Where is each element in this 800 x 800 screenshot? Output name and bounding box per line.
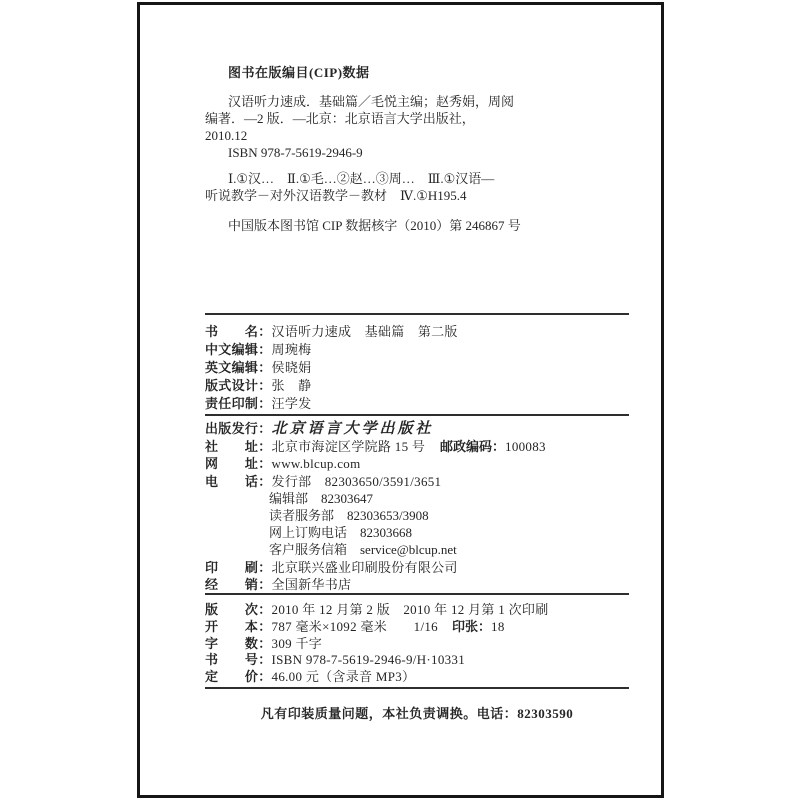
field-value: 周琬梅 bbox=[272, 342, 312, 357]
book-info-table: 书 名：汉语听力速成 基础篇 第二版 中文编辑：周琬梅 英文编辑：侯晓娟 版式设… bbox=[205, 323, 458, 413]
field-label: 电 话： bbox=[205, 473, 272, 490]
field-value: ISBN 978-7-5619-2946-9/H·10331 bbox=[272, 652, 466, 667]
field-value: 46.00 元（含录音 MP3） bbox=[272, 669, 416, 684]
phone-line: 编辑部 82303647 bbox=[205, 490, 458, 507]
cip-record-line: 汉语听力速成．基础篇／毛悦主编；赵秀娟，周阅 bbox=[205, 93, 514, 110]
edition-row: 字 数：309 千字 bbox=[205, 636, 549, 653]
field-label: 责任印制： bbox=[205, 395, 272, 413]
field-label: 开 本： bbox=[205, 619, 272, 636]
field-label: 经 销： bbox=[205, 576, 272, 593]
field-label: 中文编辑： bbox=[205, 341, 272, 359]
field-label: 版式设计： bbox=[205, 377, 272, 395]
field-label: 印张： bbox=[452, 619, 491, 634]
field-value: 侯晓娟 bbox=[272, 360, 312, 375]
divider bbox=[205, 313, 629, 315]
distributor-row: 经 销：全国新华书店 bbox=[205, 576, 458, 593]
divider bbox=[205, 687, 629, 689]
field-label: 书 名： bbox=[205, 323, 272, 341]
edition-row: 版 次：2010 年 12 月第 2 版 2010 年 12 月第 1 次印刷 bbox=[205, 602, 549, 619]
book-info-row: 责任印制：汪学发 bbox=[205, 395, 458, 413]
edition-row: 书 号：ISBN 978-7-5619-2946-9/H·10331 bbox=[205, 652, 549, 669]
publishing-info: 出版发行：北京语言大学出版社 社 址：北京市海淀区学院路 15 号 邮政编码：1… bbox=[205, 420, 458, 593]
field-label: 字 数： bbox=[205, 636, 272, 653]
field-label: 邮政编码： bbox=[440, 439, 505, 454]
field-label: 定 价： bbox=[205, 669, 272, 686]
field-value: 2010 年 12 月第 2 版 2010 年 12 月第 1 次印刷 bbox=[272, 602, 549, 617]
cip-classification: Ⅰ.①汉… Ⅱ.①毛…②赵…③周… Ⅲ.①汉语— 听说教学－对外汉语教学－教材 … bbox=[205, 170, 494, 204]
field-label: 网 址： bbox=[205, 455, 272, 472]
cip-classification-line: Ⅰ.①汉… Ⅱ.①毛…②赵…③周… Ⅲ.①汉语— bbox=[205, 170, 494, 187]
field-label: 印 刷： bbox=[205, 559, 272, 576]
postcode: 邮政编码：100083 bbox=[440, 438, 546, 455]
website-url: www.blcup.com bbox=[272, 456, 361, 471]
field-label: 英文编辑： bbox=[205, 359, 272, 377]
book-info-row: 书 名：汉语听力速成 基础篇 第二版 bbox=[205, 323, 458, 341]
website-row: 网 址：www.blcup.com bbox=[205, 455, 458, 472]
field-value: 18 bbox=[491, 619, 505, 634]
field-value: 汪学发 bbox=[272, 396, 312, 411]
address-row: 社 址：北京市海淀区学院路 15 号 邮政编码：100083 bbox=[205, 438, 458, 455]
field-value: 100083 bbox=[505, 439, 546, 454]
book-info-row: 版式设计：张 静 bbox=[205, 377, 458, 395]
phone-row: 电 话：发行部 82303650/3591/3651 bbox=[205, 473, 458, 490]
sheets-count: 印张：18 bbox=[452, 619, 505, 636]
cip-registry: 中国版本图书馆 CIP 数据核字（2010）第 246867 号 bbox=[228, 215, 521, 234]
cip-record: 汉语听力速成．基础篇／毛悦主编；赵秀娟，周阅 编著．—2 版．—北京：北京语言大… bbox=[205, 93, 514, 161]
divider bbox=[205, 414, 629, 416]
phone-line: 客户服务信箱 service@blcup.net bbox=[205, 541, 458, 558]
printer-row: 印 刷：北京联兴盛业印刷股份有限公司 bbox=[205, 559, 458, 576]
field-value: 北京联兴盛业印刷股份有限公司 bbox=[272, 560, 458, 575]
phone-line: 网上订购电话 82303668 bbox=[205, 524, 458, 541]
edition-info: 版 次：2010 年 12 月第 2 版 2010 年 12 月第 1 次印刷 … bbox=[205, 602, 549, 686]
field-value: 张 静 bbox=[272, 378, 312, 393]
copyright-page: 图书在版编目(CIP)数据 汉语听力速成．基础篇／毛悦主编；赵秀娟，周阅 编著．… bbox=[137, 2, 664, 798]
book-info-row: 英文编辑：侯晓娟 bbox=[205, 359, 458, 377]
field-label: 版 次： bbox=[205, 602, 272, 619]
field-label: 社 址： bbox=[205, 438, 272, 455]
field-value: 汉语听力速成 基础篇 第二版 bbox=[272, 324, 458, 339]
phone-line: 读者服务部 82303653/3908 bbox=[205, 507, 458, 524]
field-label: 书 号： bbox=[205, 652, 272, 669]
edition-row: 定 价：46.00 元（含录音 MP3） bbox=[205, 669, 549, 686]
divider bbox=[205, 593, 629, 595]
field-value: 北京市海淀区学院路 15 号 bbox=[272, 439, 426, 454]
cip-classification-line: 听说教学－对外汉语教学－教材 Ⅳ.①H195.4 bbox=[205, 187, 494, 204]
phone-line: 发行部 82303650/3591/3651 bbox=[272, 474, 442, 489]
publisher-name: 北京语言大学出版社 bbox=[272, 421, 434, 437]
field-label: 出版发行： bbox=[205, 420, 272, 437]
cip-record-line: 2010.12 bbox=[205, 127, 514, 144]
cip-record-line: ISBN 978-7-5619-2946-9 bbox=[205, 144, 514, 161]
book-info-row: 中文编辑：周琬梅 bbox=[205, 341, 458, 359]
publisher-row: 出版发行：北京语言大学出版社 bbox=[205, 420, 458, 438]
field-value: 309 千字 bbox=[272, 636, 323, 651]
edition-row: 开 本：787 毫米×1092 毫米 1/16 印张：18 bbox=[205, 619, 549, 636]
field-value: 787 毫米×1092 毫米 1/16 bbox=[272, 619, 438, 634]
cip-record-line: 编著．—2 版．—北京：北京语言大学出版社， bbox=[205, 110, 514, 127]
cip-title: 图书在版编目(CIP)数据 bbox=[228, 62, 370, 81]
quality-notice: 凡有印装质量问题，本社负责调换。电话：82303590 bbox=[205, 703, 629, 722]
field-value: 全国新华书店 bbox=[272, 577, 352, 592]
